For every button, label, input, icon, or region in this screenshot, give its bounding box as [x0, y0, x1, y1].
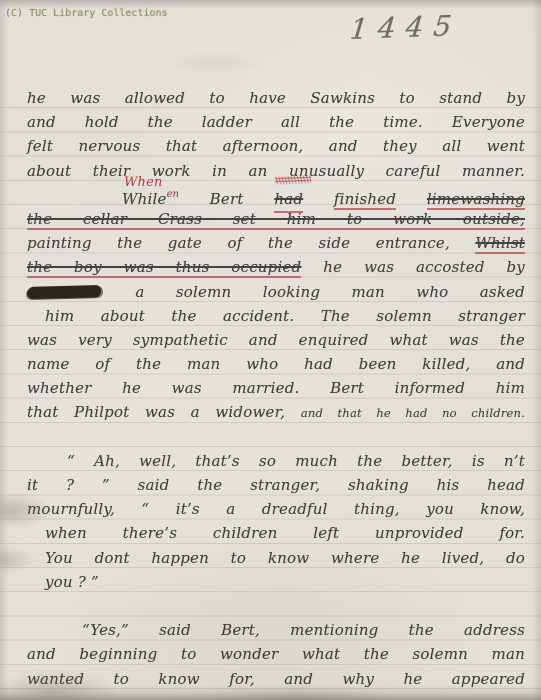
struck-out-text: had [274, 187, 303, 211]
handwritten-text: painting the gate of the side entrance, [27, 234, 475, 252]
handwritten-text: he was accosted by [301, 258, 525, 276]
handwritten-text: that Philpot was a widower, [27, 403, 301, 421]
handwritten-text: was very sympathetic and enquired what w… [27, 331, 525, 349]
small-handwritten-note: and that he had no children. [301, 406, 525, 420]
handwritten-text: him about the accident. The solemn stran… [45, 307, 525, 325]
manuscript-line: “ Ah, well, that’s so much the better, i… [27, 449, 525, 473]
handwritten-text: Bert [179, 190, 274, 208]
manuscript-line: You dont happen to know where he lived, … [27, 546, 525, 570]
handwritten-text: a solemn looking man who asked [104, 283, 525, 301]
handwritten-text: he was allowed to have Sawkins to stand … [27, 89, 525, 107]
handwritten-text: whether he was married. Bert informed hi… [27, 379, 525, 397]
manuscript-line: and hold the ladder all the time. Everyo… [27, 110, 525, 134]
manuscript-line: painting the gate of the side entrance, … [27, 231, 525, 255]
manuscript-line: wanted to know for, and why he appeared [27, 667, 525, 691]
manuscript-line: it ? ” said the stranger, shaking his he… [27, 473, 525, 497]
handwritten-text: and hold the ladder all the time. Everyo… [27, 113, 525, 131]
manuscript-line: was very sympathetic and enquired what w… [27, 328, 525, 352]
handwritten-text: when there’s children left unprovided fo… [45, 524, 525, 542]
red-underlined-text: finished [334, 190, 396, 208]
manuscript-line: that Philpot was a widower, and that he … [27, 400, 525, 424]
library-watermark: (C) TUC Library Collections [5, 8, 168, 19]
struck-out-text: the cellar Crass set him to work outside… [27, 210, 525, 228]
manuscript-line: the boy was thus occupied he was accoste… [27, 255, 525, 279]
handwritten-text: and beginning to wonder what the solemn … [27, 645, 525, 663]
red-scribble-mark [275, 175, 311, 184]
manuscript-scan-page: (C) TUC Library Collections 1445 he was … [0, 0, 541, 700]
manuscript-line: whether he was married. Bert informed hi… [27, 376, 525, 400]
page-number: 1445 [348, 7, 511, 46]
blank-line [27, 594, 525, 618]
struck-out-text: Whilst [475, 234, 525, 252]
handwritten-text [303, 190, 334, 208]
handwritten-text: name of the man who had been killed, and [27, 355, 525, 373]
manuscript-line: name of the man who had been killed, and [27, 352, 525, 376]
red-ink-superscript: en [167, 189, 179, 200]
handwritten-text: WhileWhen [122, 187, 167, 211]
blacked-out-word [27, 285, 101, 299]
red-ink-insertion: When [124, 171, 163, 195]
handwritten-text: it ? ” said the stranger, shaking his he… [27, 476, 525, 494]
manuscript-line: felt nervous that afternoon, and they al… [27, 134, 525, 158]
manuscript-line: when there’s children left unprovided fo… [27, 521, 525, 545]
manuscript-line: mournfully, “ it’s a dreadful thing, you… [27, 497, 525, 521]
handwritten-text: “ Ah, well, that’s so much the better, i… [67, 452, 525, 470]
handwritten-text: wanted to know for, and why he appeared [27, 670, 525, 688]
handwritten-text: mournfully, “ it’s a dreadful thing, you… [27, 500, 525, 518]
manuscript-line: WhileWhenen Bert had finished limewashin… [27, 183, 525, 207]
manuscript-line: you ? ” [27, 570, 525, 594]
manuscript-line: “Yes,” said Bert, mentioning the address [27, 618, 525, 642]
handwritten-text: felt nervous that afternoon, and they al… [27, 137, 525, 155]
handwritten-text: You dont happen to know where he lived, … [45, 549, 525, 567]
manuscript-body: he was allowed to have Sawkins to stand … [27, 86, 525, 691]
handwritten-text [396, 190, 427, 208]
manuscript-line: him about the accident. The solemn stran… [27, 304, 525, 328]
handwritten-text: you ? ” [45, 573, 99, 591]
handwritten-text: “Yes,” said Bert, mentioning the address [82, 621, 525, 639]
struck-out-text: limewashing [427, 190, 525, 208]
manuscript-line: and beginning to wonder what the solemn … [27, 642, 525, 666]
struck-out-text: the boy was thus occupied [27, 258, 301, 276]
blank-line [27, 425, 525, 449]
manuscript-line: he was allowed to have Sawkins to stand … [27, 86, 525, 110]
manuscript-line: a solemn looking man who asked [27, 280, 525, 304]
